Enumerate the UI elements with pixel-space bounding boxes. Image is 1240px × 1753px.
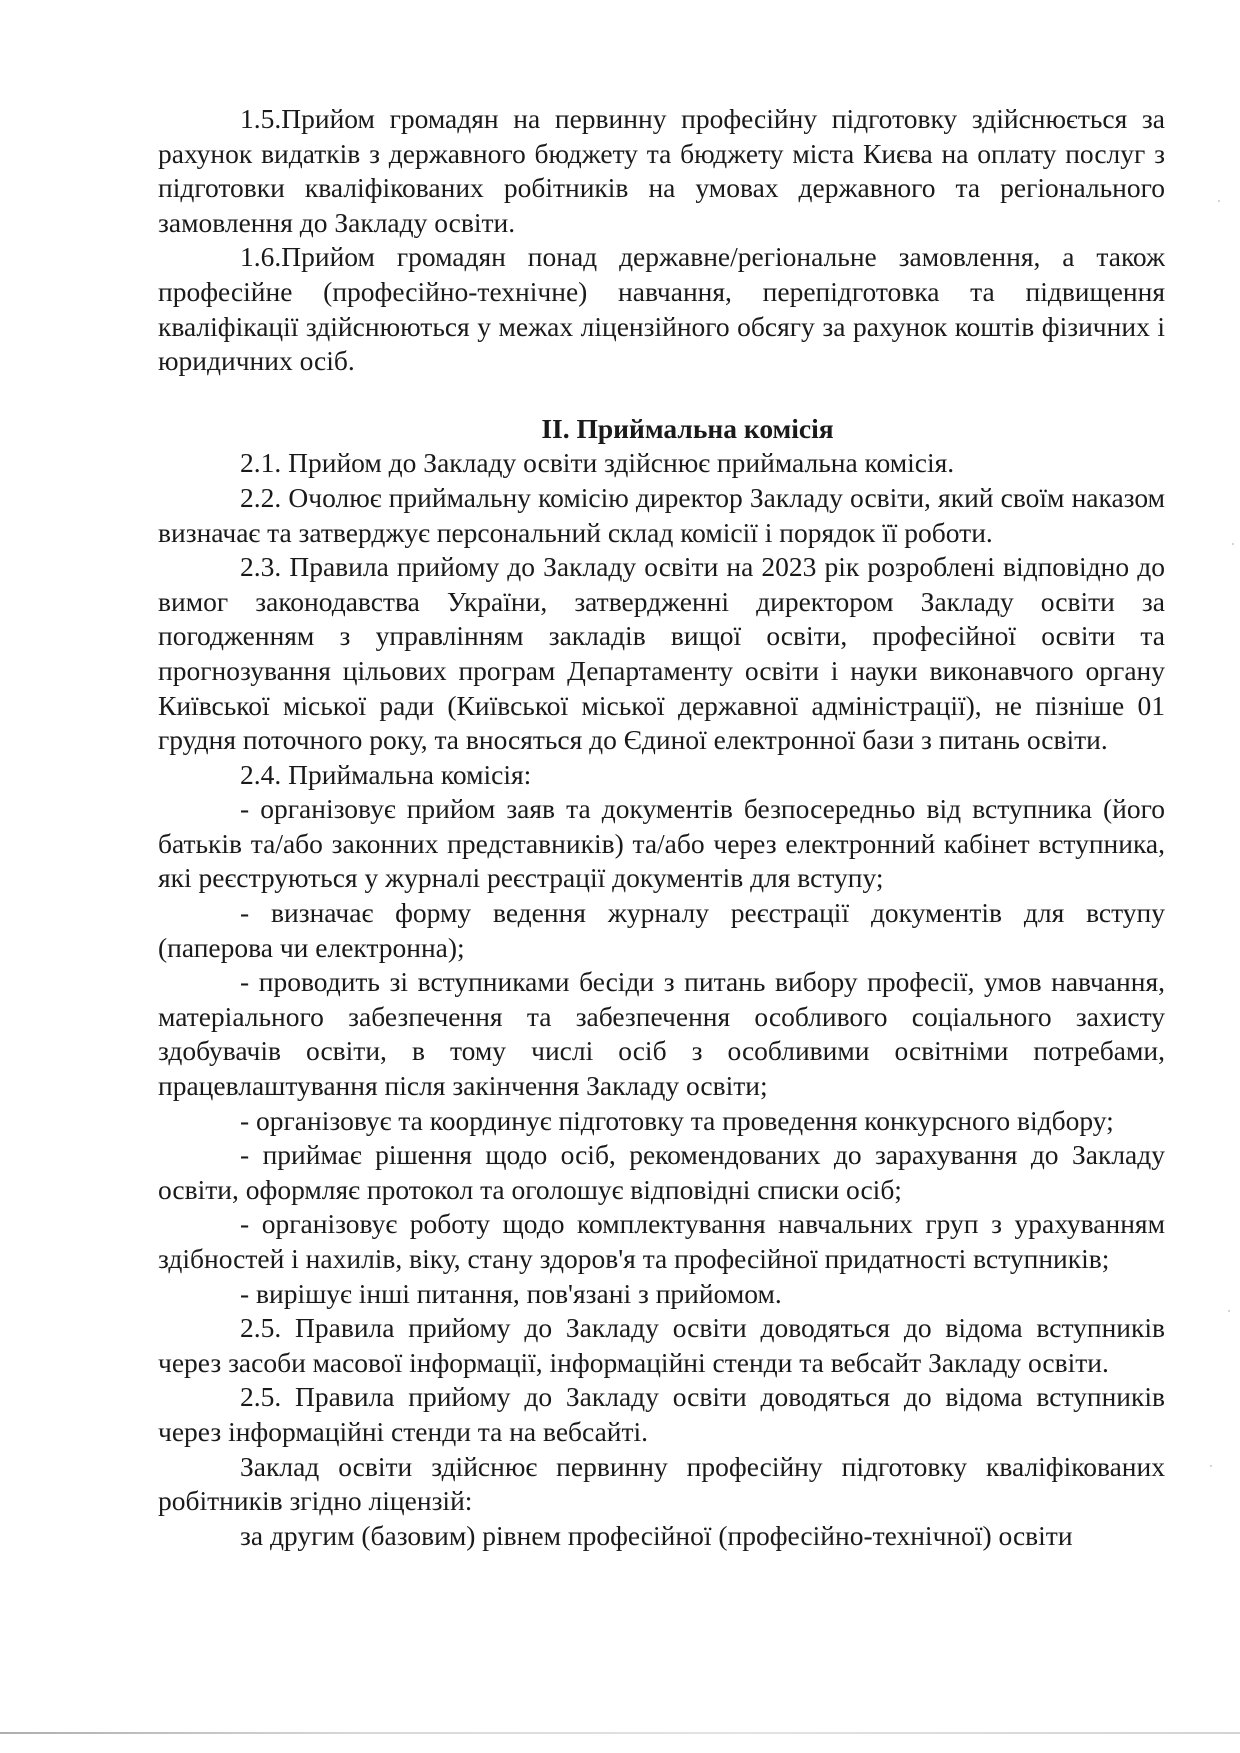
paragraph-1-5: 1.5.Прийом громадян на первинну професій… bbox=[158, 102, 1165, 240]
paragraph-education-level: за другим (базовим) рівнем професійної (… bbox=[158, 1519, 1165, 1554]
paragraph-license: Заклад освіти здійснює первинну професій… bbox=[158, 1450, 1165, 1519]
list-item: - вирішує інші питання, пов'язані з прий… bbox=[158, 1277, 1165, 1312]
list-item: - визначає форму ведення журналу реєстра… bbox=[158, 896, 1165, 965]
list-item: - проводить зі вступниками бесіди з пита… bbox=[158, 965, 1165, 1103]
paragraph-2-4-intro: 2.4. Приймальна комісія: bbox=[158, 758, 1165, 793]
list-item: - організовує та координує підготовку та… bbox=[158, 1104, 1165, 1139]
scan-edge-line bbox=[0, 1732, 1240, 1734]
paragraph-2-5-b: 2.5. Правила прийому до Закладу освіти д… bbox=[158, 1380, 1165, 1449]
scan-speck bbox=[1232, 543, 1234, 545]
list-item: - приймає рішення щодо осіб, рекомендова… bbox=[158, 1138, 1165, 1207]
scan-speck bbox=[1228, 1310, 1230, 1312]
scan-speck bbox=[1218, 200, 1220, 202]
section-title: ІІ. Приймальна комісія bbox=[158, 412, 1165, 447]
list-item: - організовує прийом заяв та документів … bbox=[158, 792, 1165, 896]
paragraph-2-5-a: 2.5. Правила прийому до Закладу освіти д… bbox=[158, 1311, 1165, 1380]
paragraph-1-6: 1.6.Прийом громадян понад державне/регіо… bbox=[158, 240, 1165, 378]
paragraph-2-1: 2.1. Прийом до Закладу освіти здійснює п… bbox=[158, 446, 1165, 481]
list-item: - організовує роботу щодо комплектування… bbox=[158, 1207, 1165, 1276]
paragraph-2-2: 2.2. Очолює приймальну комісію директор … bbox=[158, 481, 1165, 550]
document-page: 1.5.Прийом громадян на первинну професій… bbox=[158, 102, 1165, 1553]
scan-speck bbox=[1210, 1465, 1212, 1467]
paragraph-2-3: 2.3. Правила прийому до Закладу освіти н… bbox=[158, 550, 1165, 758]
